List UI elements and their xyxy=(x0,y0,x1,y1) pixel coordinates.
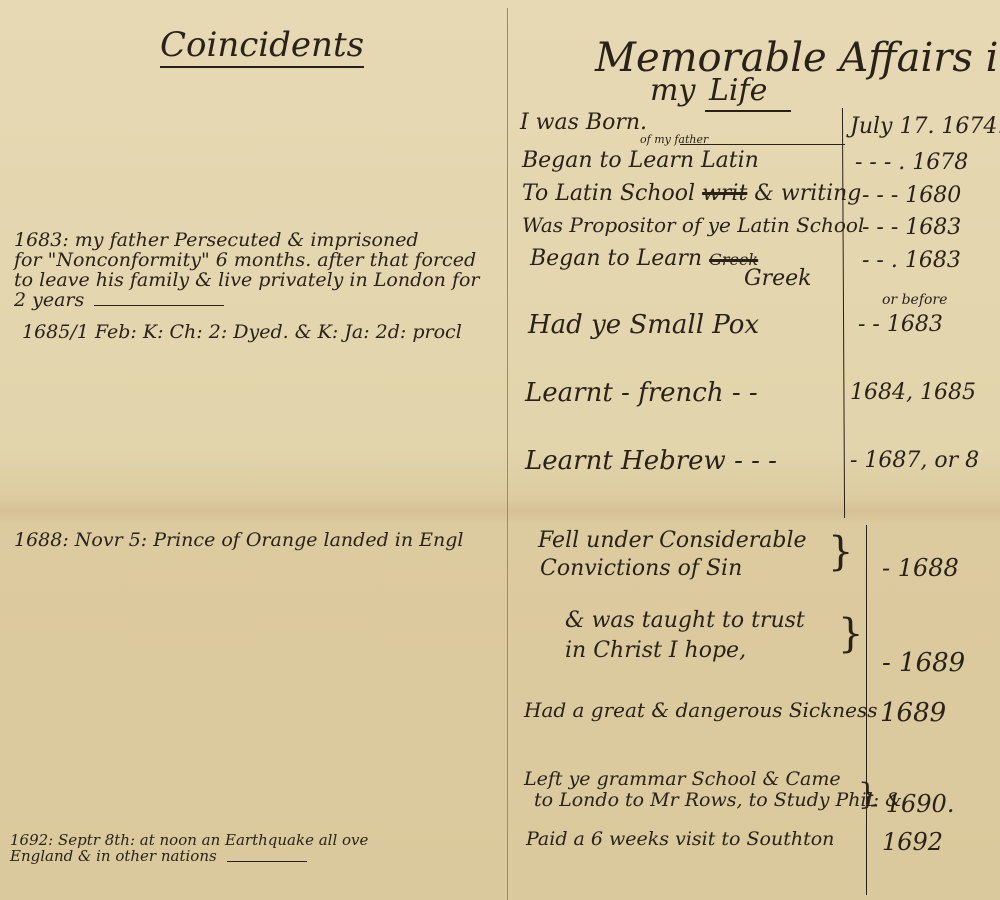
underline-flourish xyxy=(94,296,224,306)
date-convictions: - 1688 xyxy=(882,556,959,580)
entry-line: 1692: Septr 8th: at noon an Earthquake a… xyxy=(10,832,368,848)
left-page-title: Coincidents xyxy=(160,28,364,68)
date-born: July 17. 1674. xyxy=(850,116,1000,138)
coincident-entry-1683: 1683: my father Persecuted & imprisoned … xyxy=(14,230,480,310)
event-sickness: Had a great & dangerous Sickness xyxy=(524,700,878,720)
date-left-grammar-school: - 1690. xyxy=(870,792,954,816)
event-learnt-french: Learnt - french - - xyxy=(525,380,758,406)
entry-line: England & in other nations xyxy=(10,848,368,864)
entry-line: 1688: Novr 5: Prince of Orange landed in… xyxy=(14,530,463,550)
event-learn-latin: Began to Learn Latin xyxy=(522,150,759,172)
entry-line: 2 years xyxy=(14,290,480,310)
struck-word: writ xyxy=(702,181,747,206)
entry-line: 1685/1 Feb: K: Ch: 2: Dyed. & K: Ja: 2d:… xyxy=(22,322,462,342)
date-small-pox: - - 1683 xyxy=(858,314,943,336)
entry-line: 1683: my father Persecuted & imprisoned xyxy=(14,230,480,250)
date-latin-school: - - - 1680 xyxy=(862,185,961,207)
right-page-memorable-affairs: Memorable Affairs in my Life I was Born.… xyxy=(510,0,1000,900)
entry-line: for "Nonconformity" 6 months. after that… xyxy=(14,250,480,270)
greek-correction: Greek xyxy=(744,268,811,290)
event-learnt-hebrew: Learnt Hebrew - - - xyxy=(525,448,777,474)
date-note-or-before: or before xyxy=(882,293,947,307)
date-column-rule-upper xyxy=(842,108,845,518)
event-convictions: Fell under Considerable Convictions of S… xyxy=(538,530,807,580)
coincident-entry-1685: 1685/1 Feb: K: Ch: 2: Dyed. & K: Ja: 2d:… xyxy=(22,322,462,342)
right-page-title: Memorable Affairs in xyxy=(595,38,1000,78)
date-learn-greek: - - . 1683 xyxy=(862,250,961,272)
event-trust-christ: & was taught to trust in Christ I hope, xyxy=(565,610,805,662)
brace-convictions: } xyxy=(828,532,853,572)
left-page-coincidents: Coincidents 1683: my father Persecuted &… xyxy=(0,0,505,900)
event-small-pox: Had ye Small Pox xyxy=(528,312,759,338)
date-learn-latin: - - - . 1678 xyxy=(855,152,968,174)
title-word-life: Life xyxy=(705,73,791,112)
event-learn-greek: Began to Learn Greek xyxy=(530,248,758,270)
coincident-entry-1688: 1688: Novr 5: Prince of Orange landed in… xyxy=(14,530,463,550)
event-propositor: Was Propositor of ye Latin School xyxy=(522,215,864,235)
underline-flourish xyxy=(227,852,307,862)
event-born: I was Born. xyxy=(520,112,647,134)
event-latin-school: To Latin School writ & writing xyxy=(522,183,861,205)
date-visit-southton: 1692 xyxy=(882,830,943,854)
brace-trust-christ: } xyxy=(838,614,863,654)
date-propositor: - - - 1683 xyxy=(862,217,961,239)
entry-line: to leave his family & live privately in … xyxy=(14,270,480,290)
date-learnt-hebrew: - 1687, or 8 xyxy=(850,450,979,472)
date-trust-christ: - 1689 xyxy=(882,650,965,676)
event-visit-southton: Paid a 6 weeks visit to Southton xyxy=(526,830,834,849)
right-page-title-line2: my Life xyxy=(650,76,791,106)
date-learnt-french: 1684, 1685 xyxy=(850,382,976,404)
coincident-entry-1692: 1692: Septr 8th: at noon an Earthquake a… xyxy=(10,832,368,864)
event-left-grammar-school: Left ye grammar School & Came to Londo t… xyxy=(524,770,902,810)
date-sickness: 1689 xyxy=(880,700,946,726)
page-gutter-divider xyxy=(507,8,508,900)
note-of-my-father: of my father xyxy=(640,134,708,145)
